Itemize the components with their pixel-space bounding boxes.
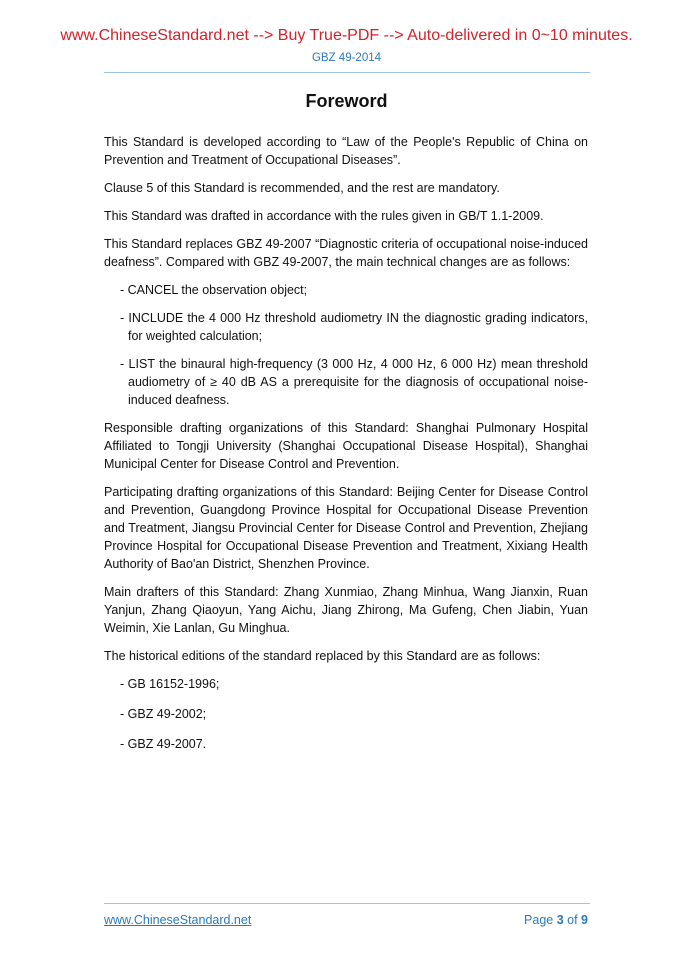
page-title: Foreword	[0, 91, 693, 112]
page-current: 3	[557, 913, 564, 927]
paragraph-main-drafters: Main drafters of this Standard: Zhang Xu…	[104, 583, 588, 637]
list-item-change: - CANCEL the observation object;	[104, 281, 588, 299]
header-divider	[104, 72, 590, 73]
paragraph-participating-orgs: Participating drafting organizations of …	[104, 483, 588, 573]
paragraph-historical-editions: The historical editions of the standard …	[104, 647, 588, 665]
paragraph-legal-basis: This Standard is developed according to …	[104, 133, 588, 169]
paragraph-clause-status: Clause 5 of this Standard is recommended…	[104, 179, 588, 197]
document-body: This Standard is developed according to …	[104, 133, 588, 765]
list-item-change: - LIST the binaural high-frequency (3 00…	[104, 355, 588, 409]
paragraph-drafting-rules: This Standard was drafted in accordance …	[104, 207, 588, 225]
page-total: 9	[581, 913, 588, 927]
paragraph-replacement: This Standard replaces GBZ 49-2007 “Diag…	[104, 235, 588, 271]
promo-banner: www.ChineseStandard.net --> Buy True-PDF…	[0, 27, 693, 45]
paragraph-responsible-orgs: Responsible drafting organizations of th…	[104, 419, 588, 473]
footer-website-link[interactable]: www.ChineseStandard.net	[104, 913, 251, 927]
page-prefix: Page	[524, 913, 557, 927]
list-item-edition: - GBZ 49-2007.	[104, 735, 588, 753]
list-item-edition: - GB 16152-1996;	[104, 675, 588, 693]
list-item-change: - INCLUDE the 4 000 Hz threshold audiome…	[104, 309, 588, 345]
page-separator: of	[564, 913, 581, 927]
page-indicator: Page 3 of 9	[524, 913, 588, 927]
list-item-edition: - GBZ 49-2002;	[104, 705, 588, 723]
document-code: GBZ 49-2014	[0, 52, 693, 64]
footer-divider	[104, 903, 590, 904]
